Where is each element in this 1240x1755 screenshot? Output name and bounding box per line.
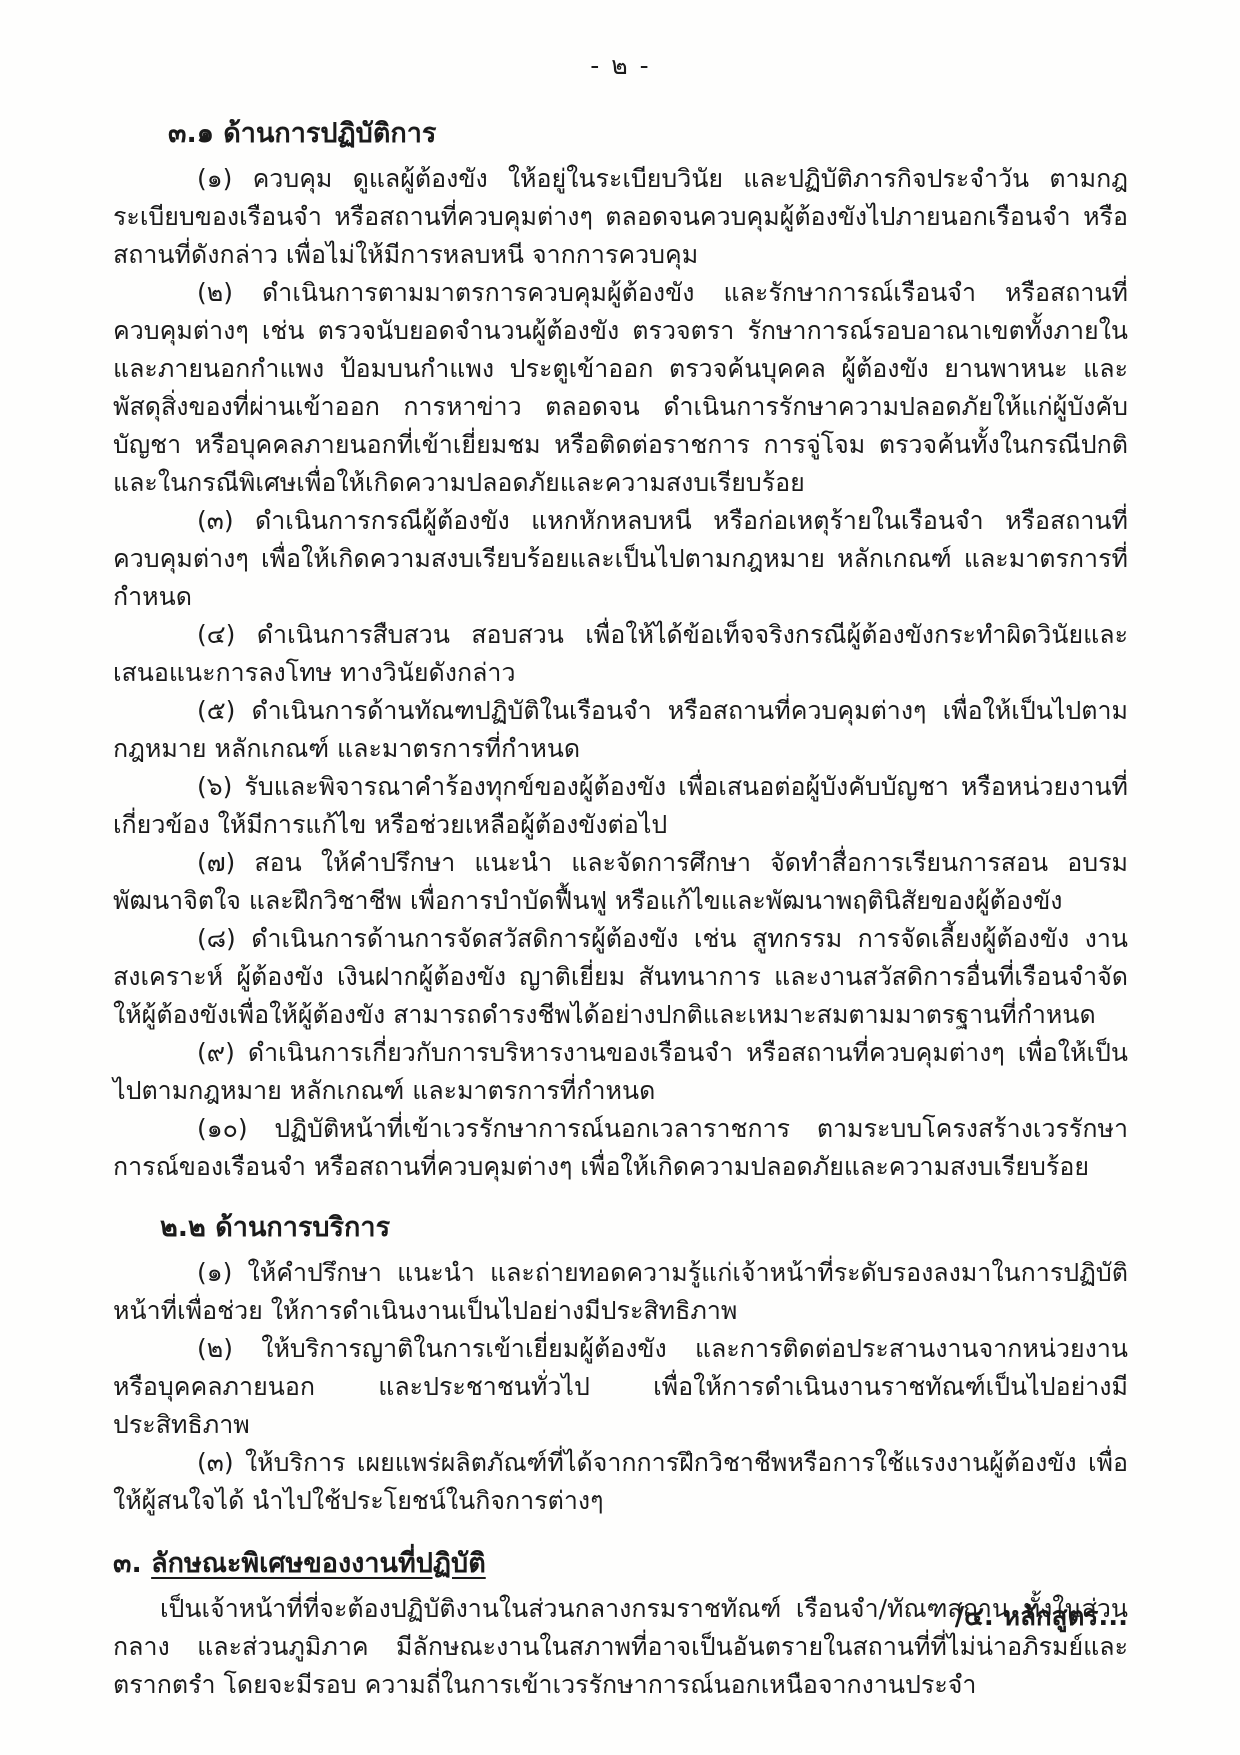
section-heading-special: ๓. ลักษณะพิเศษของงานที่ปฏิบัติ: [113, 1544, 1128, 1584]
section-heading-service: ๒.๒ ด้านการบริการ: [113, 1208, 1128, 1248]
operations-item-8: (๘) ดำเนินการด้านการจัดสวัสดิการผู้ต้องข…: [113, 920, 1128, 1034]
service-item-1: (๑) ให้คำปรึกษา แนะนำ และถ่ายทอดความรู้แ…: [113, 1254, 1128, 1330]
page-content: - ๒ - ๓.๑ ด้านการปฏิบัติการ (๑) ควบคุม ด…: [113, 46, 1128, 1704]
service-item-2: (๒) ให้บริการญาติในการเข้าเยี่ยมผู้ต้องข…: [113, 1330, 1128, 1444]
special-heading-title: ลักษณะพิเศษของงานที่ปฏิบัติ: [151, 1548, 486, 1579]
operations-item-1: (๑) ควบคุม ดูแลผู้ต้องขัง ให้อยู่ในระเบี…: [113, 160, 1128, 274]
operations-item-3: (๓) ดำเนินการกรณีผู้ต้องขัง แหกหักหลบหนี…: [113, 502, 1128, 616]
service-item-3: (๓) ให้บริการ เผยแพร่ผลิตภัณฑ์ที่ได้จากก…: [113, 1444, 1128, 1520]
section-heading-operations: ๓.๑ ด้านการปฏิบัติการ: [113, 114, 1128, 154]
operations-item-4: (๔) ดำเนินการสืบสวน สอบสวน เพื่อให้ได้ข้…: [113, 616, 1128, 692]
document-page: - ๒ - ๓.๑ ด้านการปฏิบัติการ (๑) ควบคุม ด…: [0, 0, 1240, 1755]
operations-item-5: (๕) ดำเนินการด้านทัณฑปฏิบัติในเรือนจำ หร…: [113, 692, 1128, 768]
continuation-footer: /๔. หลักสูตร...: [955, 1596, 1128, 1637]
operations-item-6: (๖) รับและพิจารณาคำร้องทุกข์ของผู้ต้องขั…: [113, 768, 1128, 844]
page-number: - ๒ -: [113, 46, 1128, 86]
operations-item-2: (๒) ดำเนินการตามมาตรการควบคุมผู้ต้องขัง …: [113, 274, 1128, 502]
special-heading-number: ๓.: [113, 1548, 151, 1579]
operations-item-9: (๙) ดำเนินการเกี่ยวกับการบริหารงานของเรื…: [113, 1034, 1128, 1110]
operations-item-10: (๑๐) ปฏิบัติหน้าที่เข้าเวรรักษาการณ์นอกเ…: [113, 1110, 1128, 1186]
operations-item-7: (๗) สอน ให้คำปรึกษา แนะนำ และจัดการศึกษา…: [113, 844, 1128, 920]
